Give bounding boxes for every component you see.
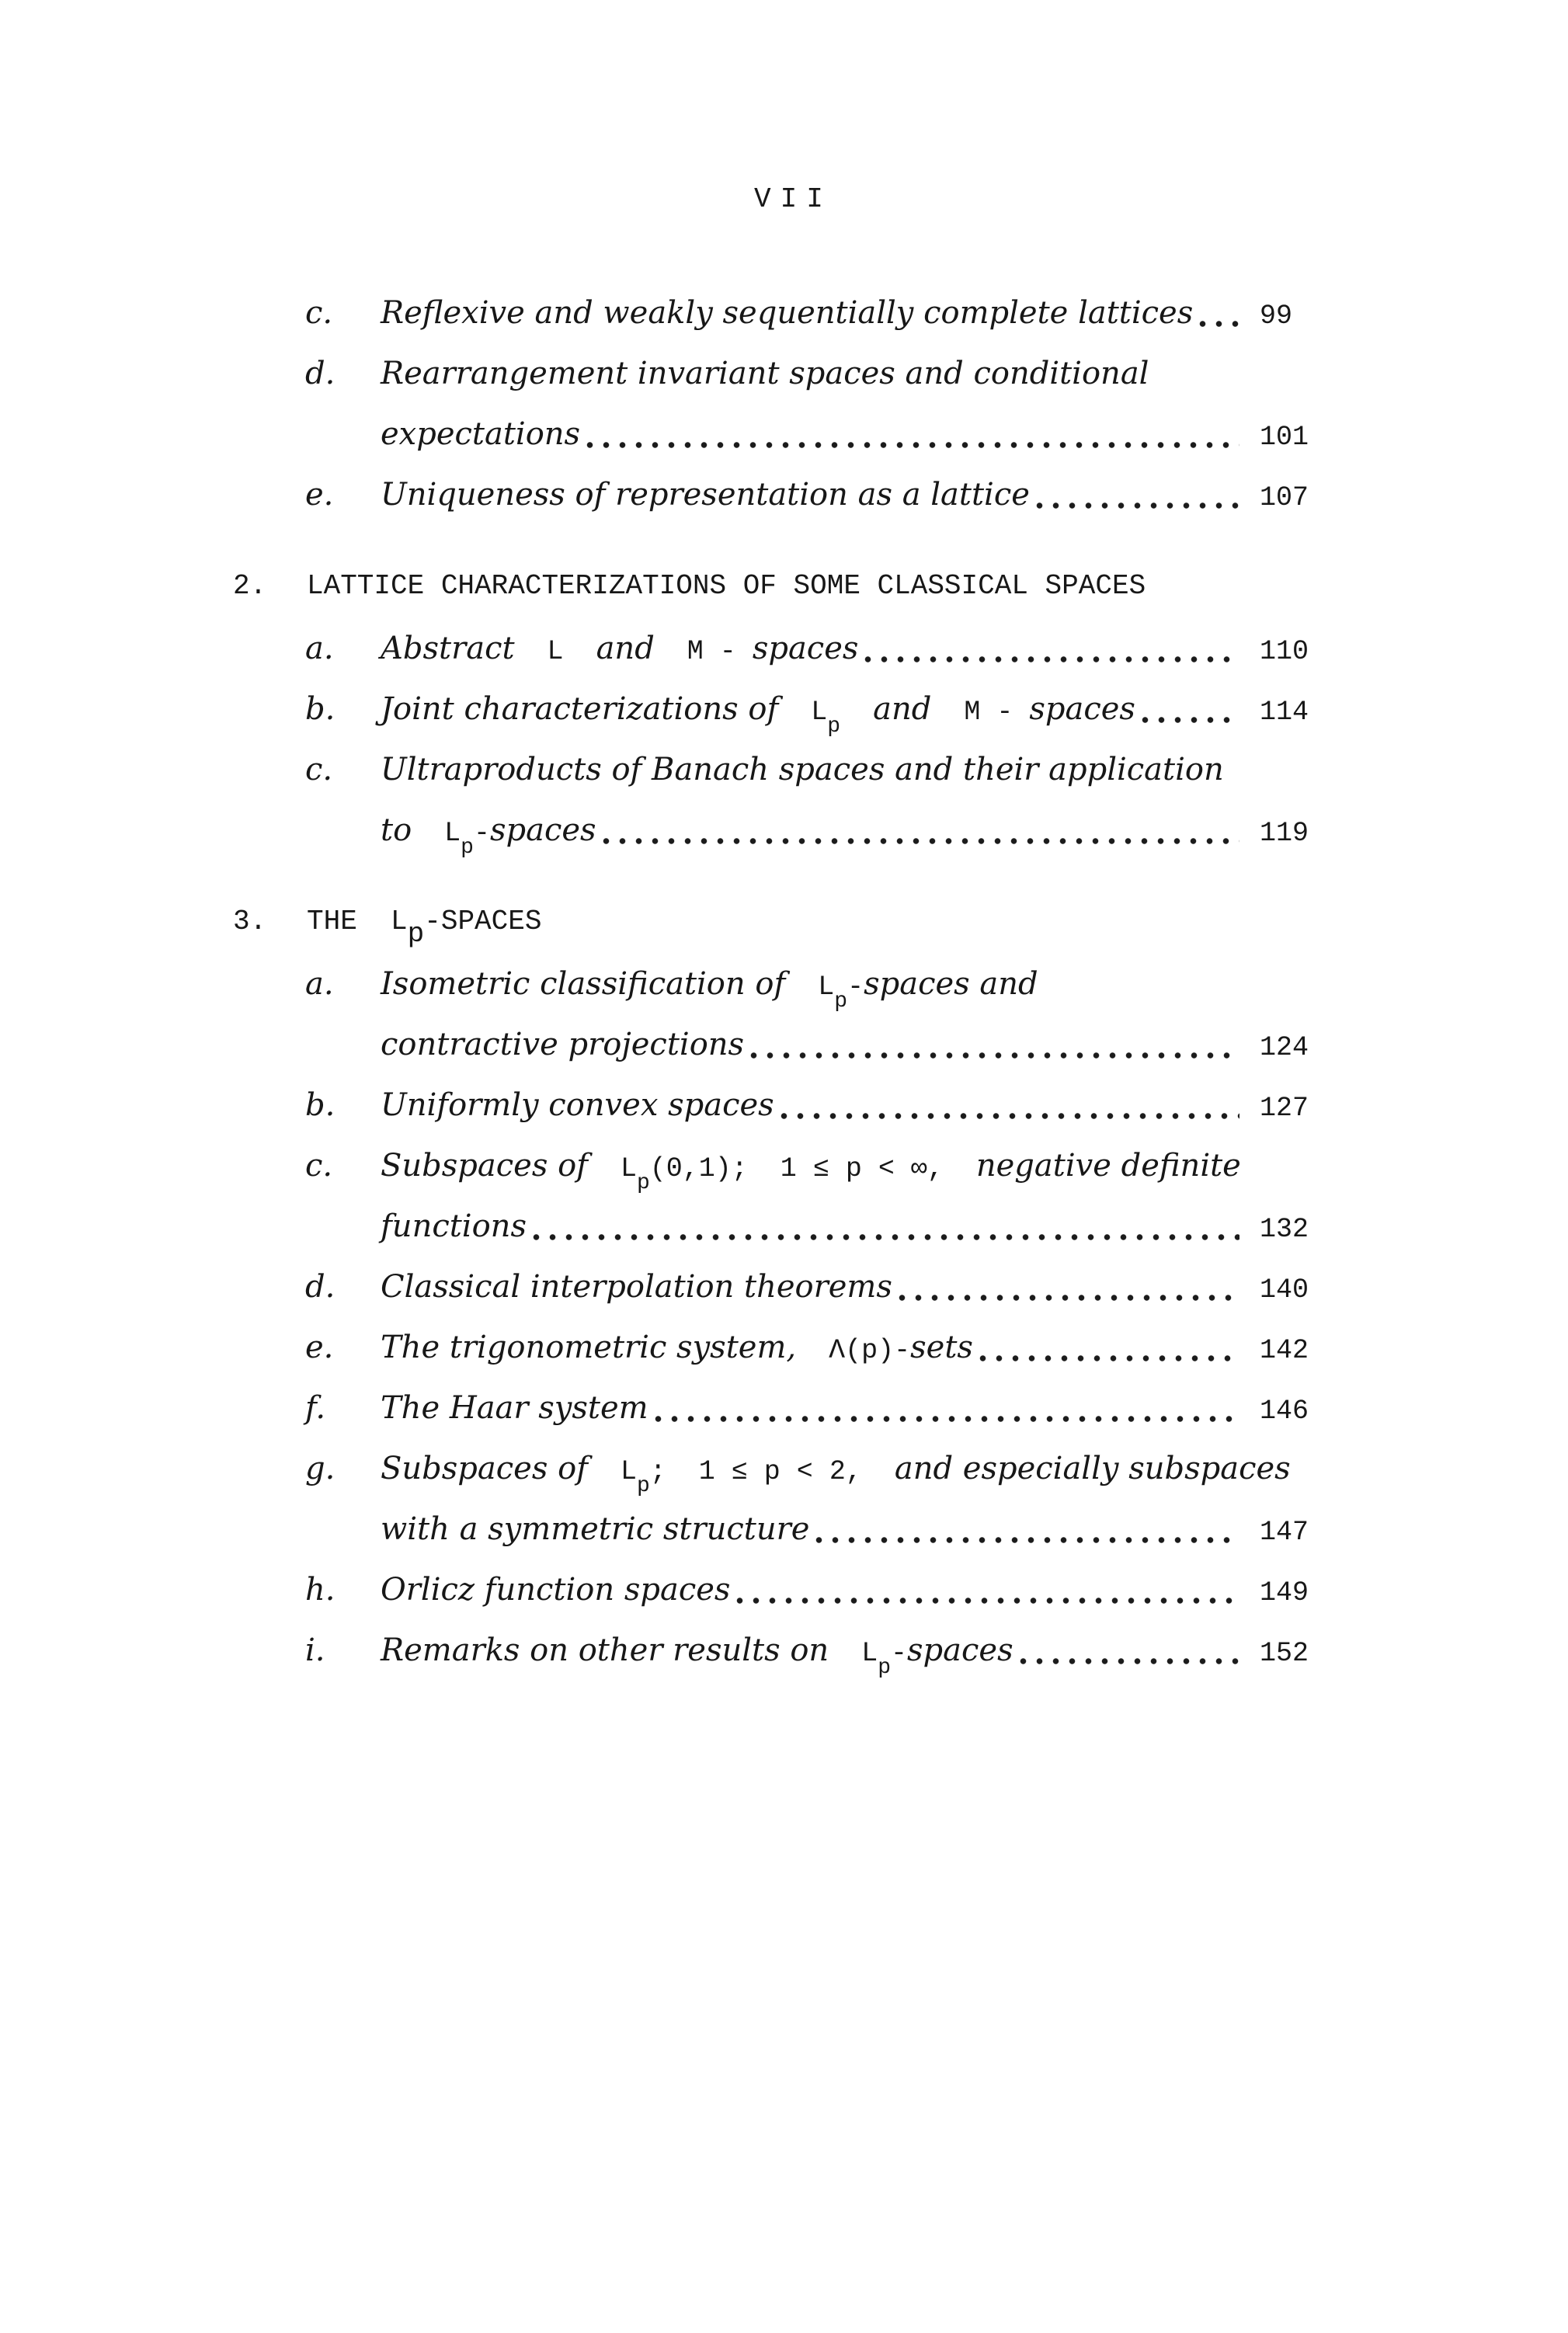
toc-entry-line: a.Abstract L and M - spaces110 xyxy=(0,631,1324,691)
toc-entry-line: c.Reflexive and weakly sequentially comp… xyxy=(0,295,1324,356)
toc-item-letter: d. xyxy=(305,1269,381,1305)
toc-entry-line: e.The trigonometric system, Λ(p)-sets142 xyxy=(0,1330,1324,1390)
text-run: expectations xyxy=(381,416,580,452)
document-page: VII c.Reflexive and weakly sequentially … xyxy=(0,0,1568,2333)
text-run: M - xyxy=(655,636,753,667)
toc-entry-text: THE Lp-SPACES xyxy=(307,906,541,937)
toc-entry-line: to Lp-spaces119 xyxy=(0,812,1324,873)
toc-item-letter: a. xyxy=(305,966,381,1002)
toc-page-number: 101 xyxy=(1260,422,1324,453)
dot-leader xyxy=(586,416,1239,450)
text-run: L xyxy=(829,1638,878,1669)
text-run: sets xyxy=(910,1330,973,1365)
toc-item-letter: d. xyxy=(305,356,381,391)
toc-entry-line: e.Uniqueness of representation as a latt… xyxy=(0,477,1324,537)
text-run: spaces xyxy=(490,812,596,848)
toc-entry-text: Reflexive and weakly sequentially comple… xyxy=(381,295,1193,331)
text-run: Orlicz function spaces xyxy=(381,1572,730,1608)
toc-page-number: 127 xyxy=(1260,1093,1324,1124)
toc-page-number: 107 xyxy=(1260,482,1324,513)
toc-entry-line: d.Rearrangement invariant spaces and con… xyxy=(0,356,1324,416)
page-number-header: VII xyxy=(754,183,833,215)
toc-page-number: 132 xyxy=(1260,1214,1324,1245)
text-run: ; 1 ≤ p < 2, xyxy=(650,1456,895,1487)
dot-leader xyxy=(1020,1632,1239,1667)
subscript-run: p xyxy=(637,1171,650,1195)
toc-item-letter: f. xyxy=(305,1390,381,1426)
toc-entry-text: Orlicz function spaces xyxy=(381,1572,730,1608)
text-run: Uniqueness of representation as a lattic… xyxy=(381,477,1030,513)
text-run: Abstract xyxy=(381,631,515,666)
toc-section-heading: 2.LATTICE CHARACTERIZATIONS OF SOME CLAS… xyxy=(0,570,1324,631)
text-run: (0,1); 1 ≤ p < ∞, xyxy=(650,1153,976,1184)
toc-entry-line: c.Subspaces of Lp(0,1); 1 ≤ p < ∞, negat… xyxy=(0,1148,1324,1208)
text-run: - xyxy=(891,1638,907,1669)
text-run: - xyxy=(474,818,490,849)
text-run: Subspaces of xyxy=(381,1451,588,1486)
toc-entry-line: b.Uniformly convex spaces127 xyxy=(0,1087,1324,1148)
text-run: Λ(p)- xyxy=(796,1335,910,1366)
text-run: The trigonometric system, xyxy=(381,1330,796,1365)
dot-leader xyxy=(655,1390,1239,1424)
text-run: spaces xyxy=(753,631,859,666)
toc-entry-text: The trigonometric system, Λ(p)-sets xyxy=(381,1330,973,1366)
text-run: Isometric classification of xyxy=(381,966,785,1002)
toc-entry-text: Joint characterizations of Lp and M - sp… xyxy=(381,691,1135,728)
toc-entry-text: The Haar system xyxy=(381,1390,648,1426)
toc-entry-line: i.Remarks on other results on Lp-spaces1… xyxy=(0,1632,1324,1693)
toc-item-letter: g. xyxy=(305,1451,381,1486)
toc-entry-line: c.Ultraproducts of Banach spaces and the… xyxy=(0,752,1324,812)
toc-entry-text: Abstract L and M - spaces xyxy=(381,631,858,667)
toc-entry-text: functions xyxy=(381,1208,527,1244)
toc-page-number: 152 xyxy=(1260,1638,1324,1669)
toc-entry-line: f.The Haar system146 xyxy=(0,1390,1324,1451)
toc-page-number: 114 xyxy=(1260,697,1324,728)
toc-item-letter: c. xyxy=(305,1148,381,1184)
text-run: Rearrangement invariant spaces and condi… xyxy=(381,356,1149,391)
toc-entry-text: Subspaces of Lp; 1 ≤ p < 2, and especial… xyxy=(381,1451,1291,1487)
text-run: M - xyxy=(931,697,1029,728)
text-run: The Haar system xyxy=(381,1390,648,1426)
toc-item-letter: c. xyxy=(305,295,381,331)
text-run: with a symmetric structure xyxy=(381,1511,809,1547)
toc-page-number: 140 xyxy=(1260,1274,1324,1306)
toc-page-number: 146 xyxy=(1260,1396,1324,1427)
toc-entry-text: Subspaces of Lp(0,1); 1 ≤ p < ∞, negativ… xyxy=(381,1148,1241,1184)
dot-leader xyxy=(533,1208,1239,1243)
text-run: LATTICE CHARACTERIZATIONS OF SOME CLASSI… xyxy=(307,570,1146,602)
dot-leader xyxy=(899,1269,1239,1303)
toc-entry-line: a.Isometric classification of Lp-spaces … xyxy=(0,966,1324,1027)
toc-entry-line: expectations101 xyxy=(0,416,1324,477)
dot-leader xyxy=(736,1572,1239,1606)
toc-item-letter: c. xyxy=(305,752,381,788)
text-run: L xyxy=(588,1456,637,1487)
toc-entry-text: Classical interpolation theorems xyxy=(381,1269,892,1305)
toc-entry-text: to Lp-spaces xyxy=(381,812,596,849)
toc-entry-line: d.Classical interpolation theorems140 xyxy=(0,1269,1324,1330)
text-run: negative definite xyxy=(976,1148,1241,1184)
dot-leader xyxy=(864,631,1239,665)
toc-page-number: 110 xyxy=(1260,636,1324,667)
text-run: spaces xyxy=(1029,691,1135,727)
toc-item-letter: e. xyxy=(305,1330,381,1365)
dot-leader xyxy=(750,1027,1239,1061)
subscript-run: p xyxy=(408,918,425,950)
subscript-run: p xyxy=(461,836,474,860)
toc-section-heading: 3.THE Lp-SPACES xyxy=(0,906,1324,966)
text-run: L xyxy=(785,972,834,1003)
dot-leader xyxy=(781,1087,1239,1121)
text-run: Remarks on other results on xyxy=(381,1632,829,1668)
text-run: L xyxy=(515,636,596,667)
toc-entry-line: b.Joint characterizations of Lp and M - … xyxy=(0,691,1324,752)
text-run: to xyxy=(381,812,412,848)
toc-page-number: 142 xyxy=(1260,1335,1324,1366)
toc-entry-line: functions132 xyxy=(0,1208,1324,1269)
text-run: Uniformly convex spaces xyxy=(381,1087,774,1123)
toc-entry-text: contractive projections xyxy=(381,1027,744,1062)
toc-entry-text: Remarks on other results on Lp-spaces xyxy=(381,1632,1013,1669)
text-run: Ultraproducts of Banach spaces and their… xyxy=(381,752,1224,788)
toc-entry-line: with a symmetric structure147 xyxy=(0,1511,1324,1572)
toc-item-letter: h. xyxy=(305,1572,381,1608)
toc-entry-text: with a symmetric structure xyxy=(381,1511,809,1547)
subscript-run: p xyxy=(637,1474,650,1498)
toc-item-letter: e. xyxy=(305,477,381,513)
subscript-run: p xyxy=(827,715,840,739)
toc-page-number: 99 xyxy=(1260,301,1324,332)
toc-page-number: 147 xyxy=(1260,1517,1324,1548)
toc-section-number: 3. xyxy=(233,906,307,937)
toc-item-letter: b. xyxy=(305,691,381,727)
dot-leader xyxy=(603,812,1239,847)
dot-leader xyxy=(1199,295,1239,329)
text-run: -SPACES xyxy=(424,906,541,937)
toc-entry-text: LATTICE CHARACTERIZATIONS OF SOME CLASSI… xyxy=(307,570,1146,602)
toc-entry-text: Uniformly convex spaces xyxy=(381,1087,774,1123)
dot-leader xyxy=(979,1330,1239,1364)
toc-page-number: 149 xyxy=(1260,1577,1324,1608)
dot-leader xyxy=(815,1511,1239,1545)
text-run: THE L xyxy=(307,906,408,937)
text-run: spaces and xyxy=(864,966,1038,1002)
text-run: L xyxy=(588,1153,637,1184)
toc-entry-line: h.Orlicz function spaces149 xyxy=(0,1572,1324,1632)
text-run: Subspaces of xyxy=(381,1148,588,1184)
text-run xyxy=(840,697,873,728)
toc-page-number: 124 xyxy=(1260,1032,1324,1063)
text-run: Reflexive and weakly sequentially comple… xyxy=(381,295,1193,331)
subscript-run: p xyxy=(878,1656,891,1680)
dot-leader xyxy=(1142,691,1239,725)
toc-entry-text: Isometric classification of Lp-spaces an… xyxy=(381,966,1038,1003)
toc-page-number: 119 xyxy=(1260,818,1324,849)
toc-entry-text: Uniqueness of representation as a lattic… xyxy=(381,477,1030,513)
text-run: and xyxy=(596,631,655,666)
toc-entry-text: Rearrangement invariant spaces and condi… xyxy=(381,356,1149,391)
subscript-run: p xyxy=(834,989,847,1014)
toc-entry-text: expectations xyxy=(381,416,580,452)
text-run: L xyxy=(778,697,827,728)
toc-item-letter: i. xyxy=(305,1632,381,1668)
toc-section-number: 2. xyxy=(233,570,307,602)
dot-leader xyxy=(1036,477,1239,511)
text-run: Joint characterizations of xyxy=(381,691,778,727)
toc-entry-text: Ultraproducts of Banach spaces and their… xyxy=(381,752,1224,788)
text-run: L xyxy=(412,818,461,849)
toc-entry-line: contractive projections124 xyxy=(0,1027,1324,1087)
toc-item-letter: a. xyxy=(305,631,381,666)
text-run: - xyxy=(847,972,864,1003)
text-run: contractive projections xyxy=(381,1027,744,1062)
text-run: and xyxy=(873,691,931,727)
text-run: functions xyxy=(381,1208,527,1244)
toc-entry-line: g.Subspaces of Lp; 1 ≤ p < 2, and especi… xyxy=(0,1451,1324,1511)
text-run: spaces xyxy=(907,1632,1013,1668)
text-run: and especially subspaces xyxy=(895,1451,1291,1486)
toc-item-letter: b. xyxy=(305,1087,381,1123)
table-of-contents: c.Reflexive and weakly sequentially comp… xyxy=(0,295,1324,1693)
text-run: Classical interpolation theorems xyxy=(381,1269,892,1305)
